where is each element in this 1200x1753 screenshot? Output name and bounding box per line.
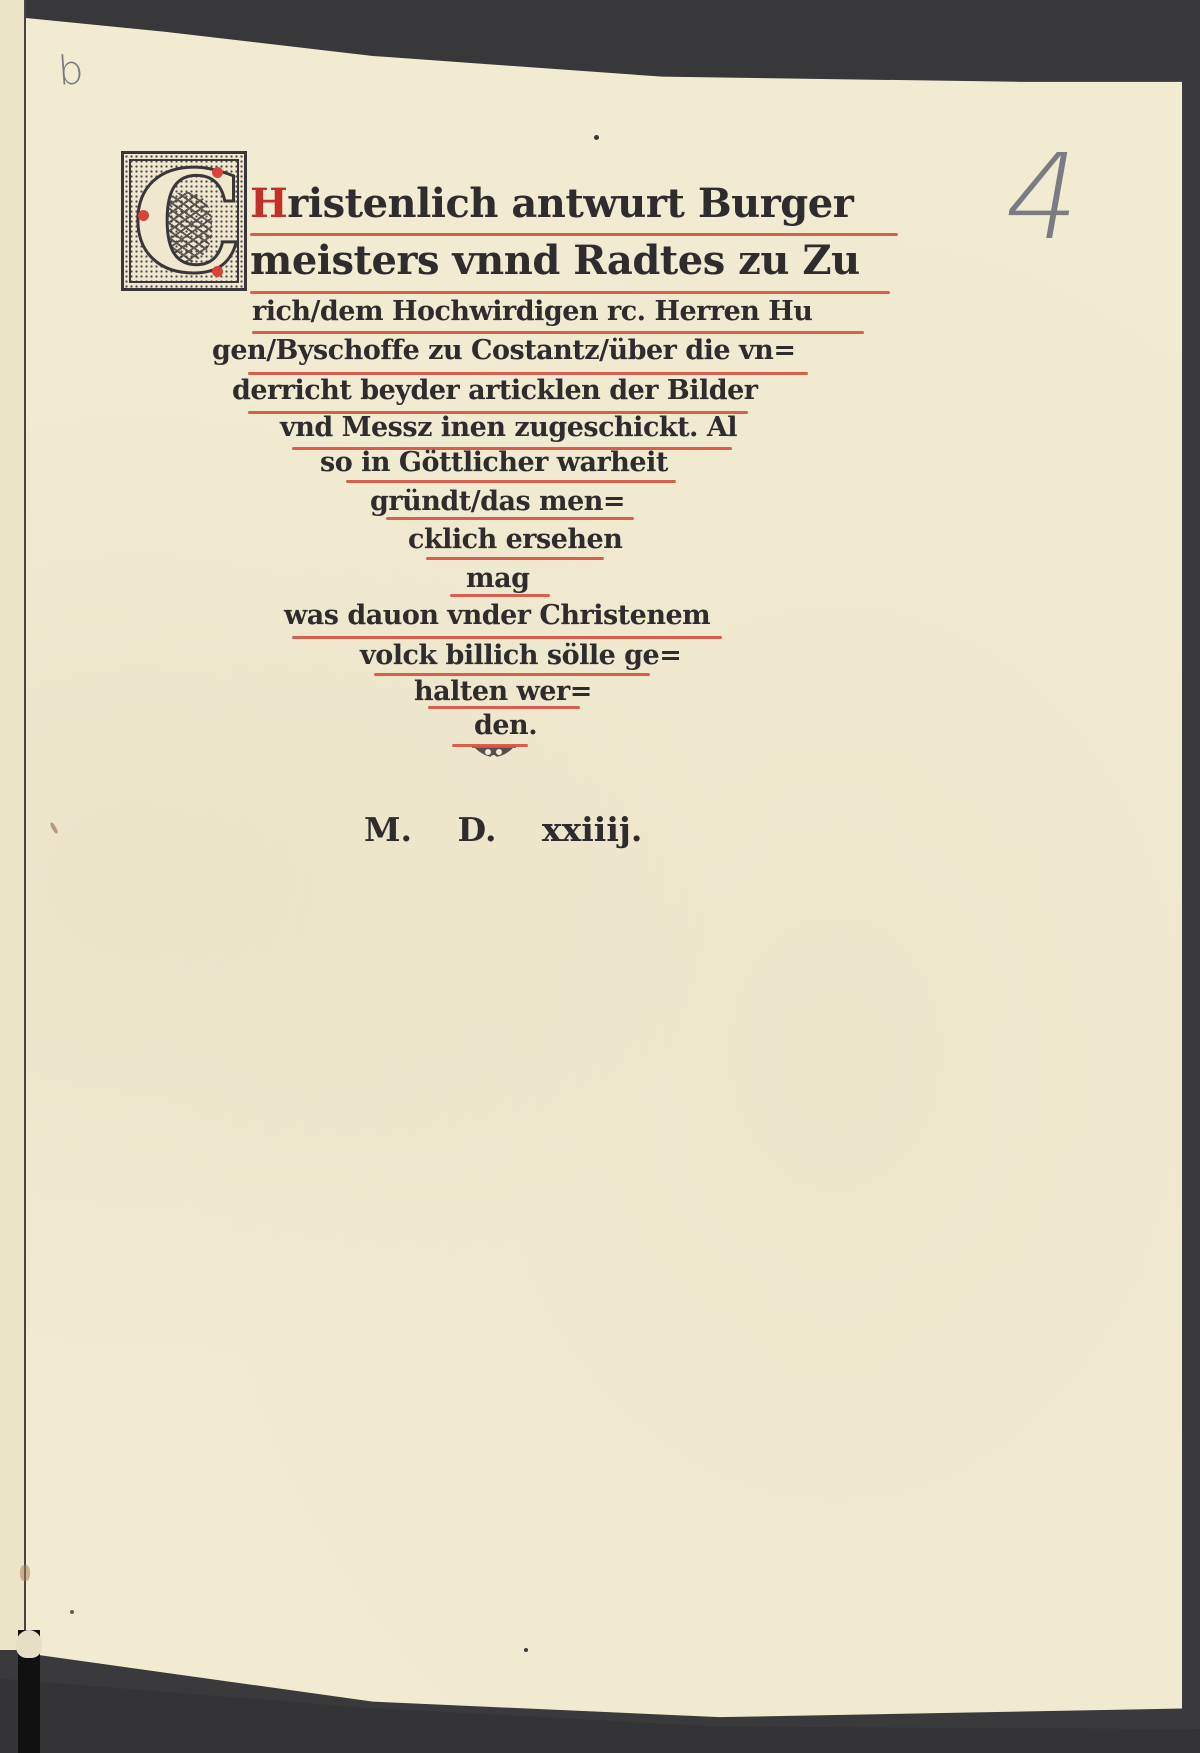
rubric-underline <box>428 706 580 709</box>
rubric-underline <box>292 636 722 639</box>
title-line-12: volck billich sölle ge= <box>360 640 681 671</box>
title-line-2: meisters vnnd Radtes zu Zu <box>250 237 860 284</box>
title-line-11: was dauon vnder Christenem <box>284 600 710 631</box>
ink-speck <box>594 135 599 140</box>
title-line-13: halten wer= <box>414 676 592 707</box>
imprint-date: M. D. xxiiij. <box>364 810 642 849</box>
title-line-7: so in Göttlicher warheit <box>320 447 668 478</box>
rubric-underline <box>346 480 676 483</box>
title-line-3: rich/dem Hochwirdigen rc. Herren Hu <box>252 296 812 327</box>
title-text-block: Hristenlich antwurt Burger meisters vnnd… <box>0 0 1200 1753</box>
rubric-underline <box>450 594 550 597</box>
rubric-underline <box>386 517 634 520</box>
title-line-1: Hristenlich antwurt Burger <box>250 180 853 227</box>
title-line-14: den. <box>474 710 537 741</box>
rubricated-letter: H <box>250 180 287 227</box>
title-line-8: gründt/das men= <box>370 486 625 517</box>
title-line-4: gen/Byschoffe zu Costantz/über die vn= <box>212 335 795 366</box>
ink-speck <box>524 1648 528 1652</box>
paper-stain <box>20 1565 30 1581</box>
title-line-5: derricht beyder articklen der Bilder <box>232 375 758 406</box>
title-line-9: cklich ersehen <box>408 524 622 555</box>
rubric-underline <box>426 557 604 560</box>
fleuron-ornament-icon <box>470 745 518 767</box>
title-line-6: vnd Messz inen zugeschickt. Al <box>280 412 737 443</box>
rubric-underline <box>250 291 890 294</box>
rubric-underline <box>250 233 898 236</box>
ink-speck <box>70 1610 74 1614</box>
rubric-underline <box>252 331 864 334</box>
title-line-10: mag <box>466 563 529 594</box>
title-line-1-text: ristenlich antwurt Burger <box>287 180 853 227</box>
